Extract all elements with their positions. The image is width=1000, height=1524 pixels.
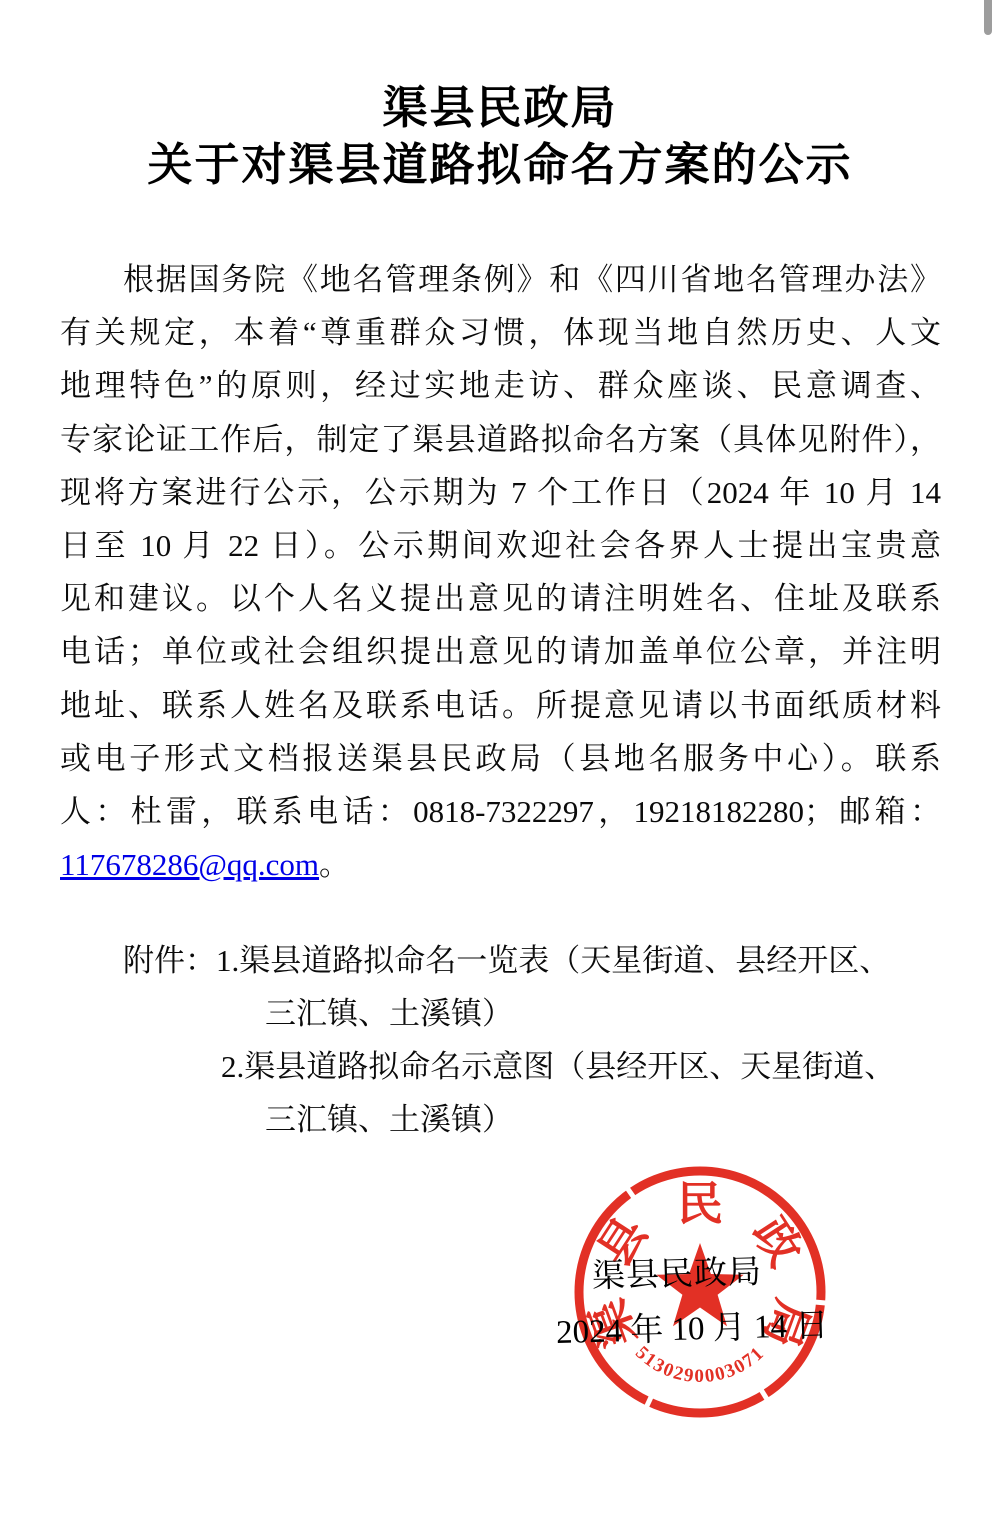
signature-date: 2024 年 10 月 14 日 — [555, 1299, 828, 1353]
body-line: 日至 10 月 22 日）。公示期间欢迎社会各界人士提出宝贵意 — [60, 519, 941, 572]
body-line: 见和建议。以个人名义提出意见的请注明姓名、住址及联系 — [60, 572, 941, 625]
seal-char: 民 — [677, 1179, 723, 1230]
body-line: 地址、联系人姓名及联系电话。所提意见请以书面纸质材料 — [60, 679, 941, 732]
document-title-subject: 关于对渠县道路拟命名方案的公示 — [0, 137, 1000, 194]
email-link[interactable]: 117678286@qq.com — [60, 847, 319, 882]
body-line: 专家论证工作后，制定了渠县道路拟命名方案（具体见附件）， — [60, 413, 941, 466]
body-line-email: 117678286@qq.com。 — [60, 838, 941, 891]
body-line: 有关规定，本着“尊重群众习惯，体现当地自然历史、人文 — [60, 306, 941, 359]
sentence-period: 。 — [319, 847, 350, 882]
attachment-line: 三汇镇、土溪镇） — [265, 1102, 513, 1138]
document-title: 渠县民政局 关于对渠县道路拟命名方案的公示 — [0, 80, 1000, 194]
document-title-org: 渠县民政局 — [0, 80, 1000, 137]
body-line: 或电子形式文档报送渠县民政局（县地名服务中心）。联系 — [60, 732, 941, 785]
body-line: 地理特色”的原则，经过实地走访、群众座谈、民意调查、 — [60, 359, 941, 412]
signature-org: 渠县民政局 — [591, 1246, 762, 1297]
scrollbar-thumb[interactable] — [984, 0, 992, 35]
attachment-line: 2.渠县道路拟命名示意图（县经开区、天星街道、 — [221, 1049, 895, 1085]
attachment-line: 附件：1.渠县道路拟命名一览表（天星街道、县经开区、 — [123, 943, 890, 979]
body-line: 根据国务院《地名管理条例》和《四川省地名管理办法》 — [60, 253, 941, 306]
attachment-line: 三汇镇、土溪镇） — [265, 996, 513, 1032]
notice-document-page: 渠县民政局 关于对渠县道路拟命名方案的公示 根据国务院《地名管理条例》和《四川省… — [0, 0, 1000, 1524]
body-line: 现将方案进行公示，公示期为 7 个工作日（2024 年 10 月 14 — [60, 466, 941, 519]
body-line: 电话；单位或社会组织提出意见的请加盖单位公章，并注明 — [60, 625, 941, 678]
notice-body: 根据国务院《地名管理条例》和《四川省地名管理办法》 有关规定，本着“尊重群众习惯… — [60, 253, 941, 891]
body-line: 人：杜雷，联系电话：0818-7322297，19218182280；邮箱： — [60, 785, 941, 838]
